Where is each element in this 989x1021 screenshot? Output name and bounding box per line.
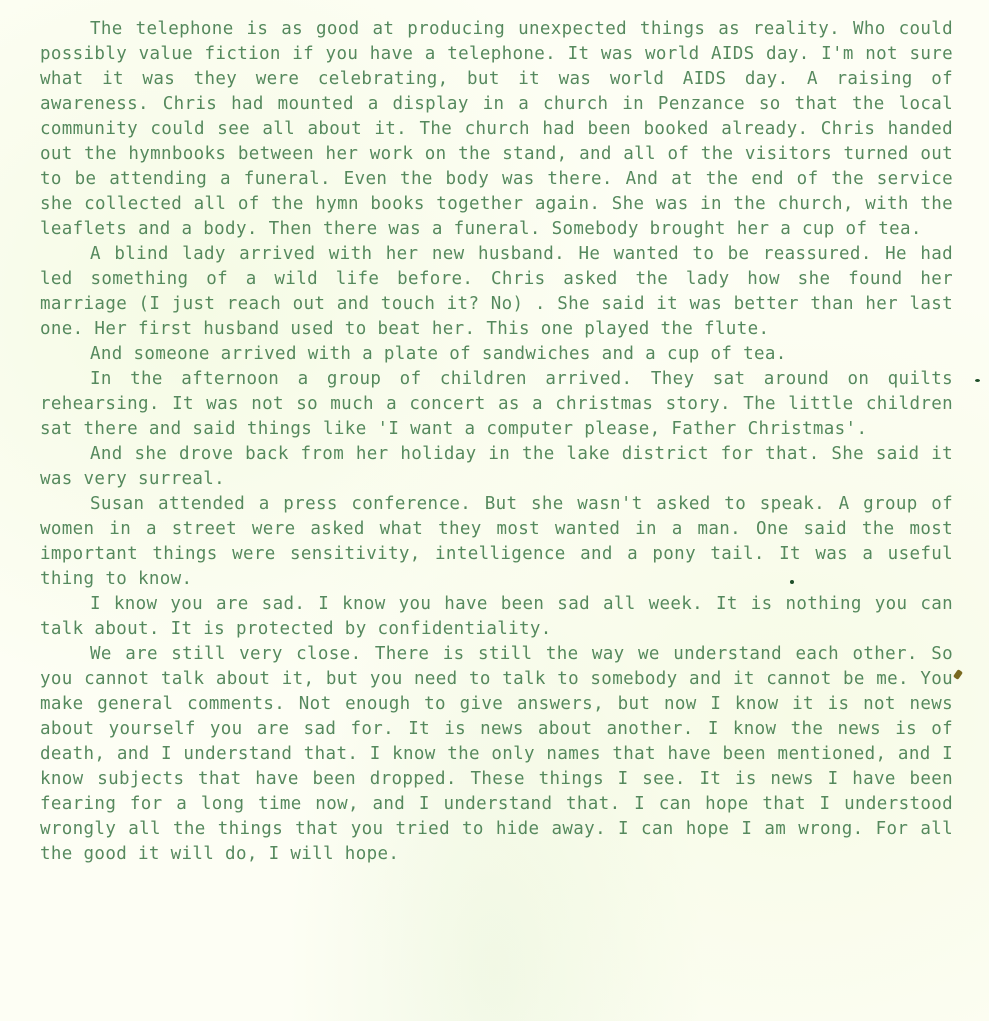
paragraph-press-conference: Susan attended a press conference. But s… — [40, 492, 953, 592]
paragraph-sad: I know you are sad. I know you have been… — [40, 592, 953, 642]
paragraph-children: In the afternoon a group of children arr… — [40, 367, 953, 442]
paragraph-telephone: The telephone is as good at producing un… — [40, 17, 953, 242]
typed-document: The telephone is as good at producing un… — [40, 17, 953, 867]
paragraph-sandwiches: And someone arrived with a plate of sand… — [40, 342, 953, 367]
scan-speck-margin — [975, 379, 980, 382]
paragraph-still-close: We are still very close. There is still … — [40, 642, 953, 867]
paragraph-blind-lady: A blind lady arrived with her new husban… — [40, 242, 953, 342]
scan-speck-pen-mark — [953, 669, 963, 680]
scan-speck-dot — [790, 580, 794, 584]
paragraph-holiday: And she drove back from her holiday in t… — [40, 442, 953, 492]
